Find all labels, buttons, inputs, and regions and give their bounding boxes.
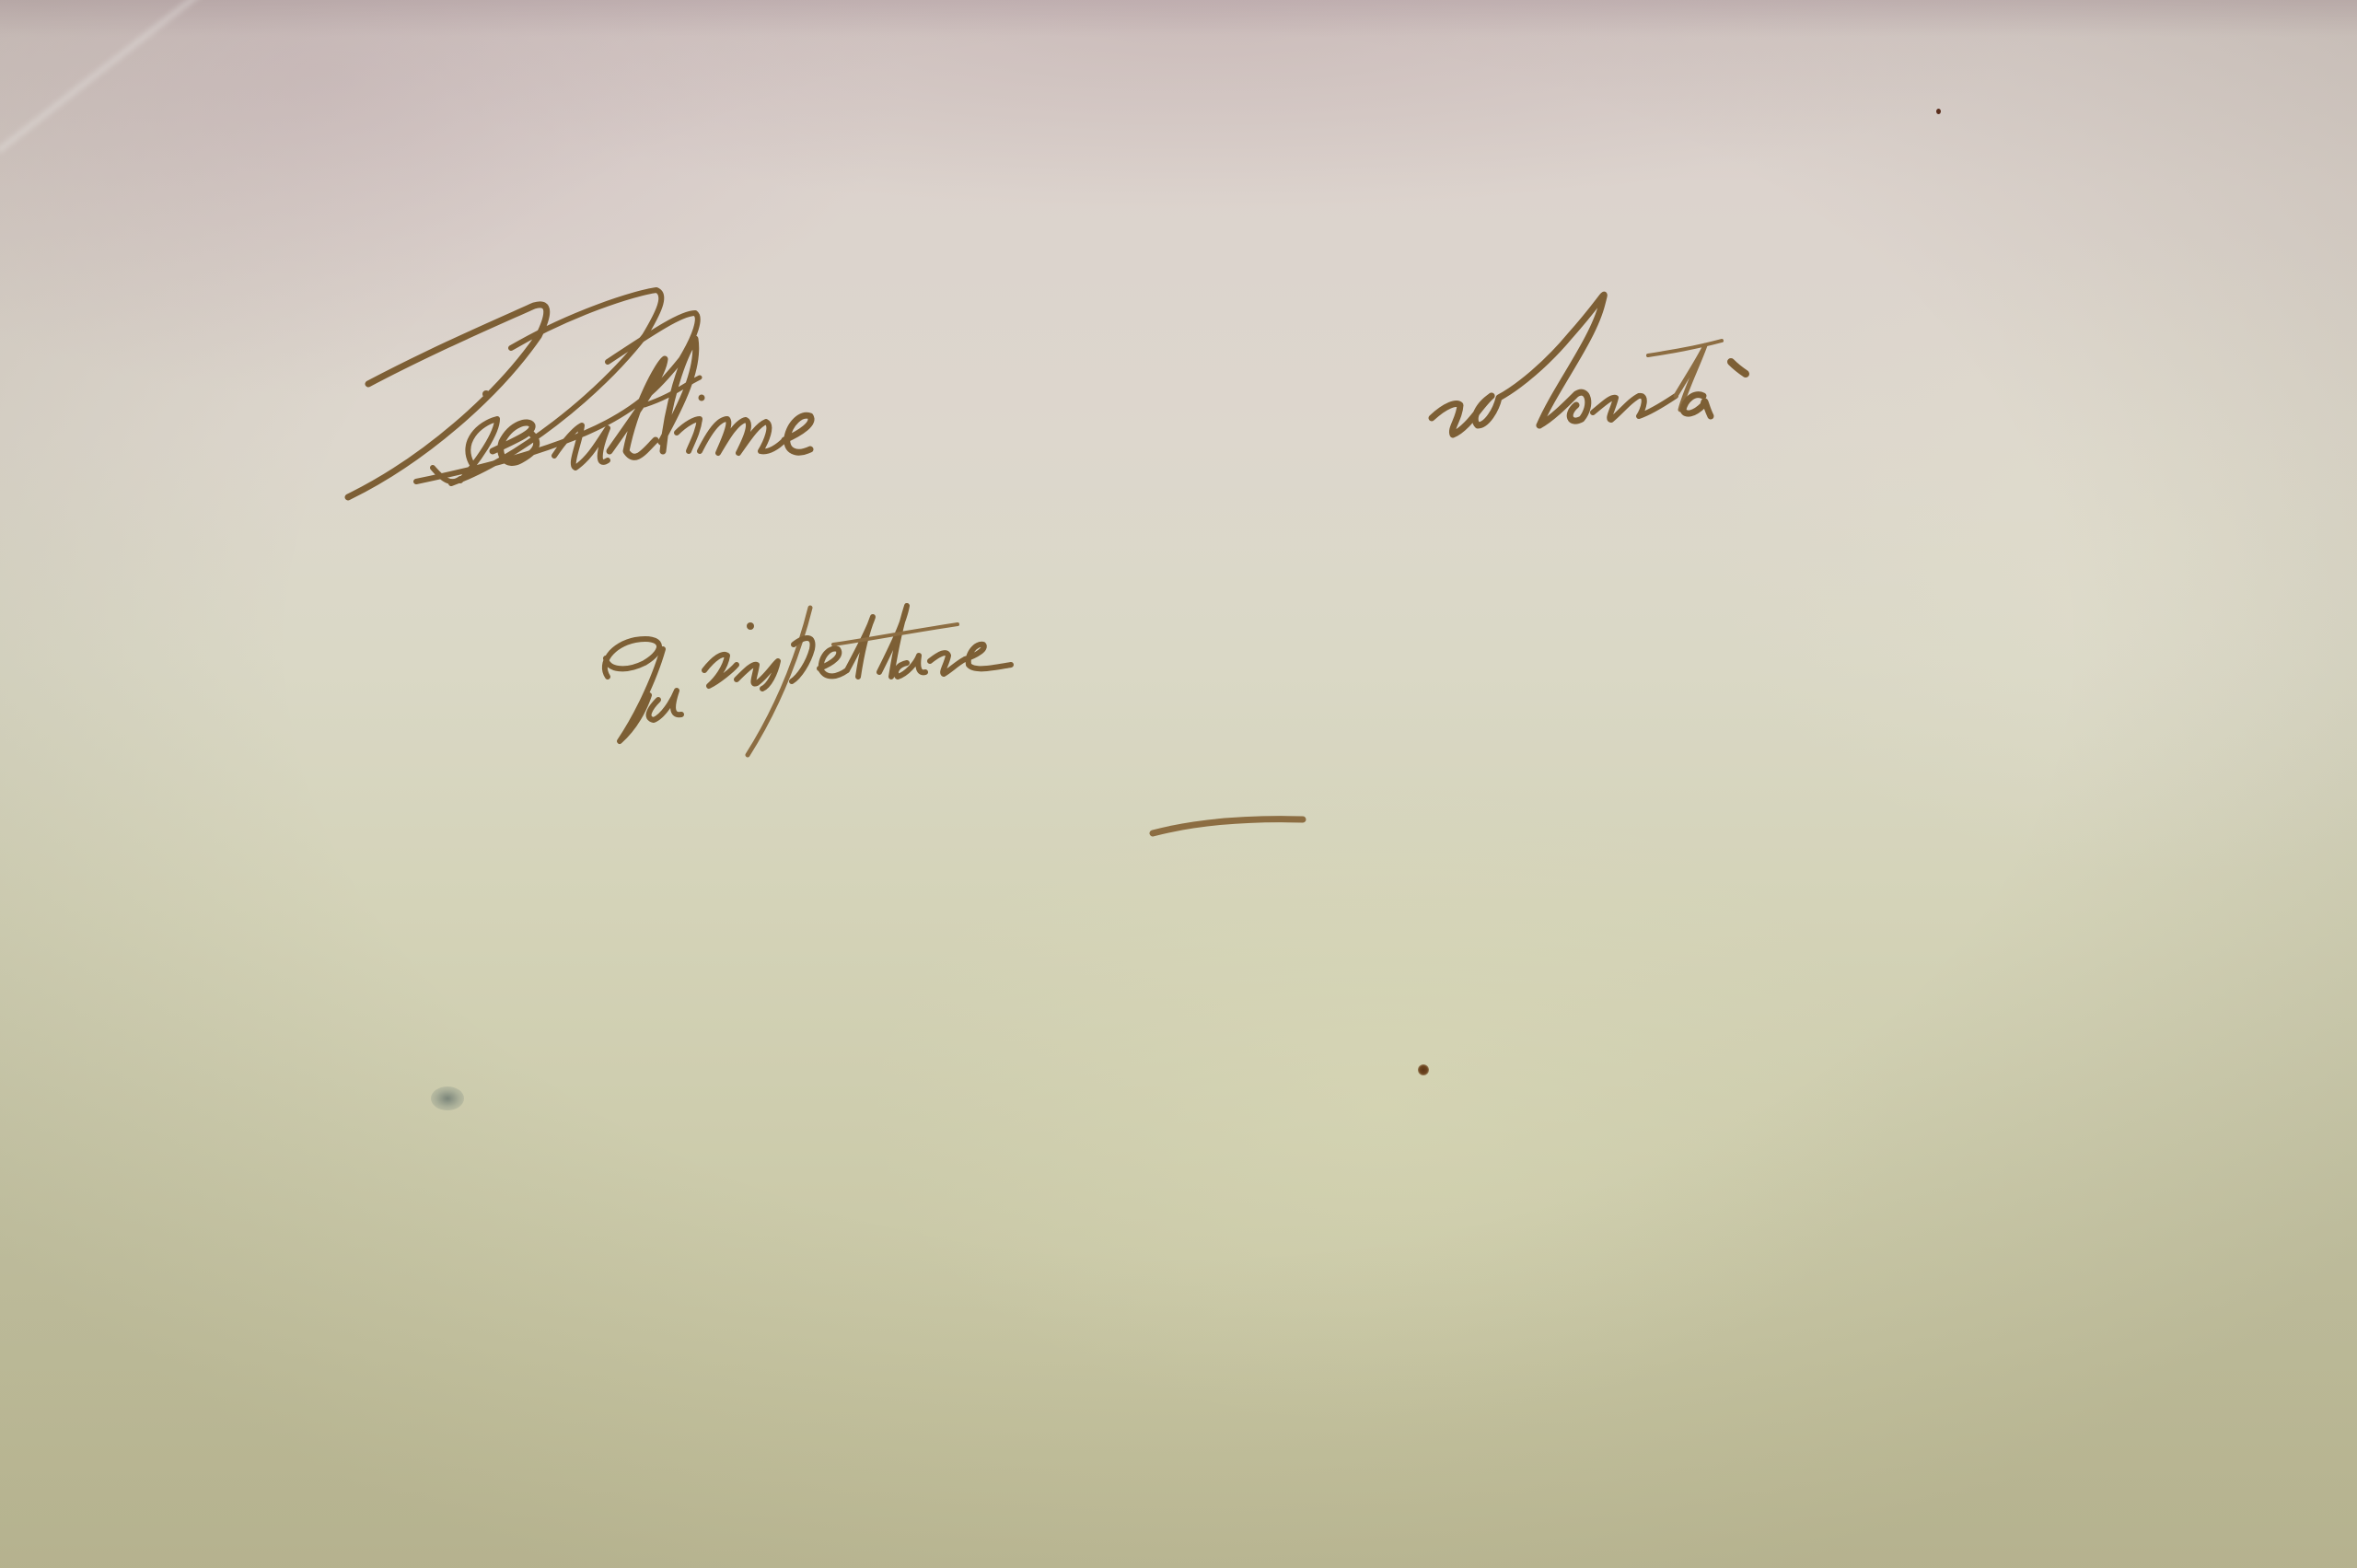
ink-dot [1418,1064,1429,1075]
handwritten-line-2: da rispettare [598,589,1740,746]
closing-dash: — [1151,801,1307,838]
dark-speck [1936,109,1941,114]
handwriting-strokes [0,0,2357,1568]
handwritten-line-1: Mie ultime volontà [341,295,1703,497]
blue-grey-smudge [431,1086,464,1110]
